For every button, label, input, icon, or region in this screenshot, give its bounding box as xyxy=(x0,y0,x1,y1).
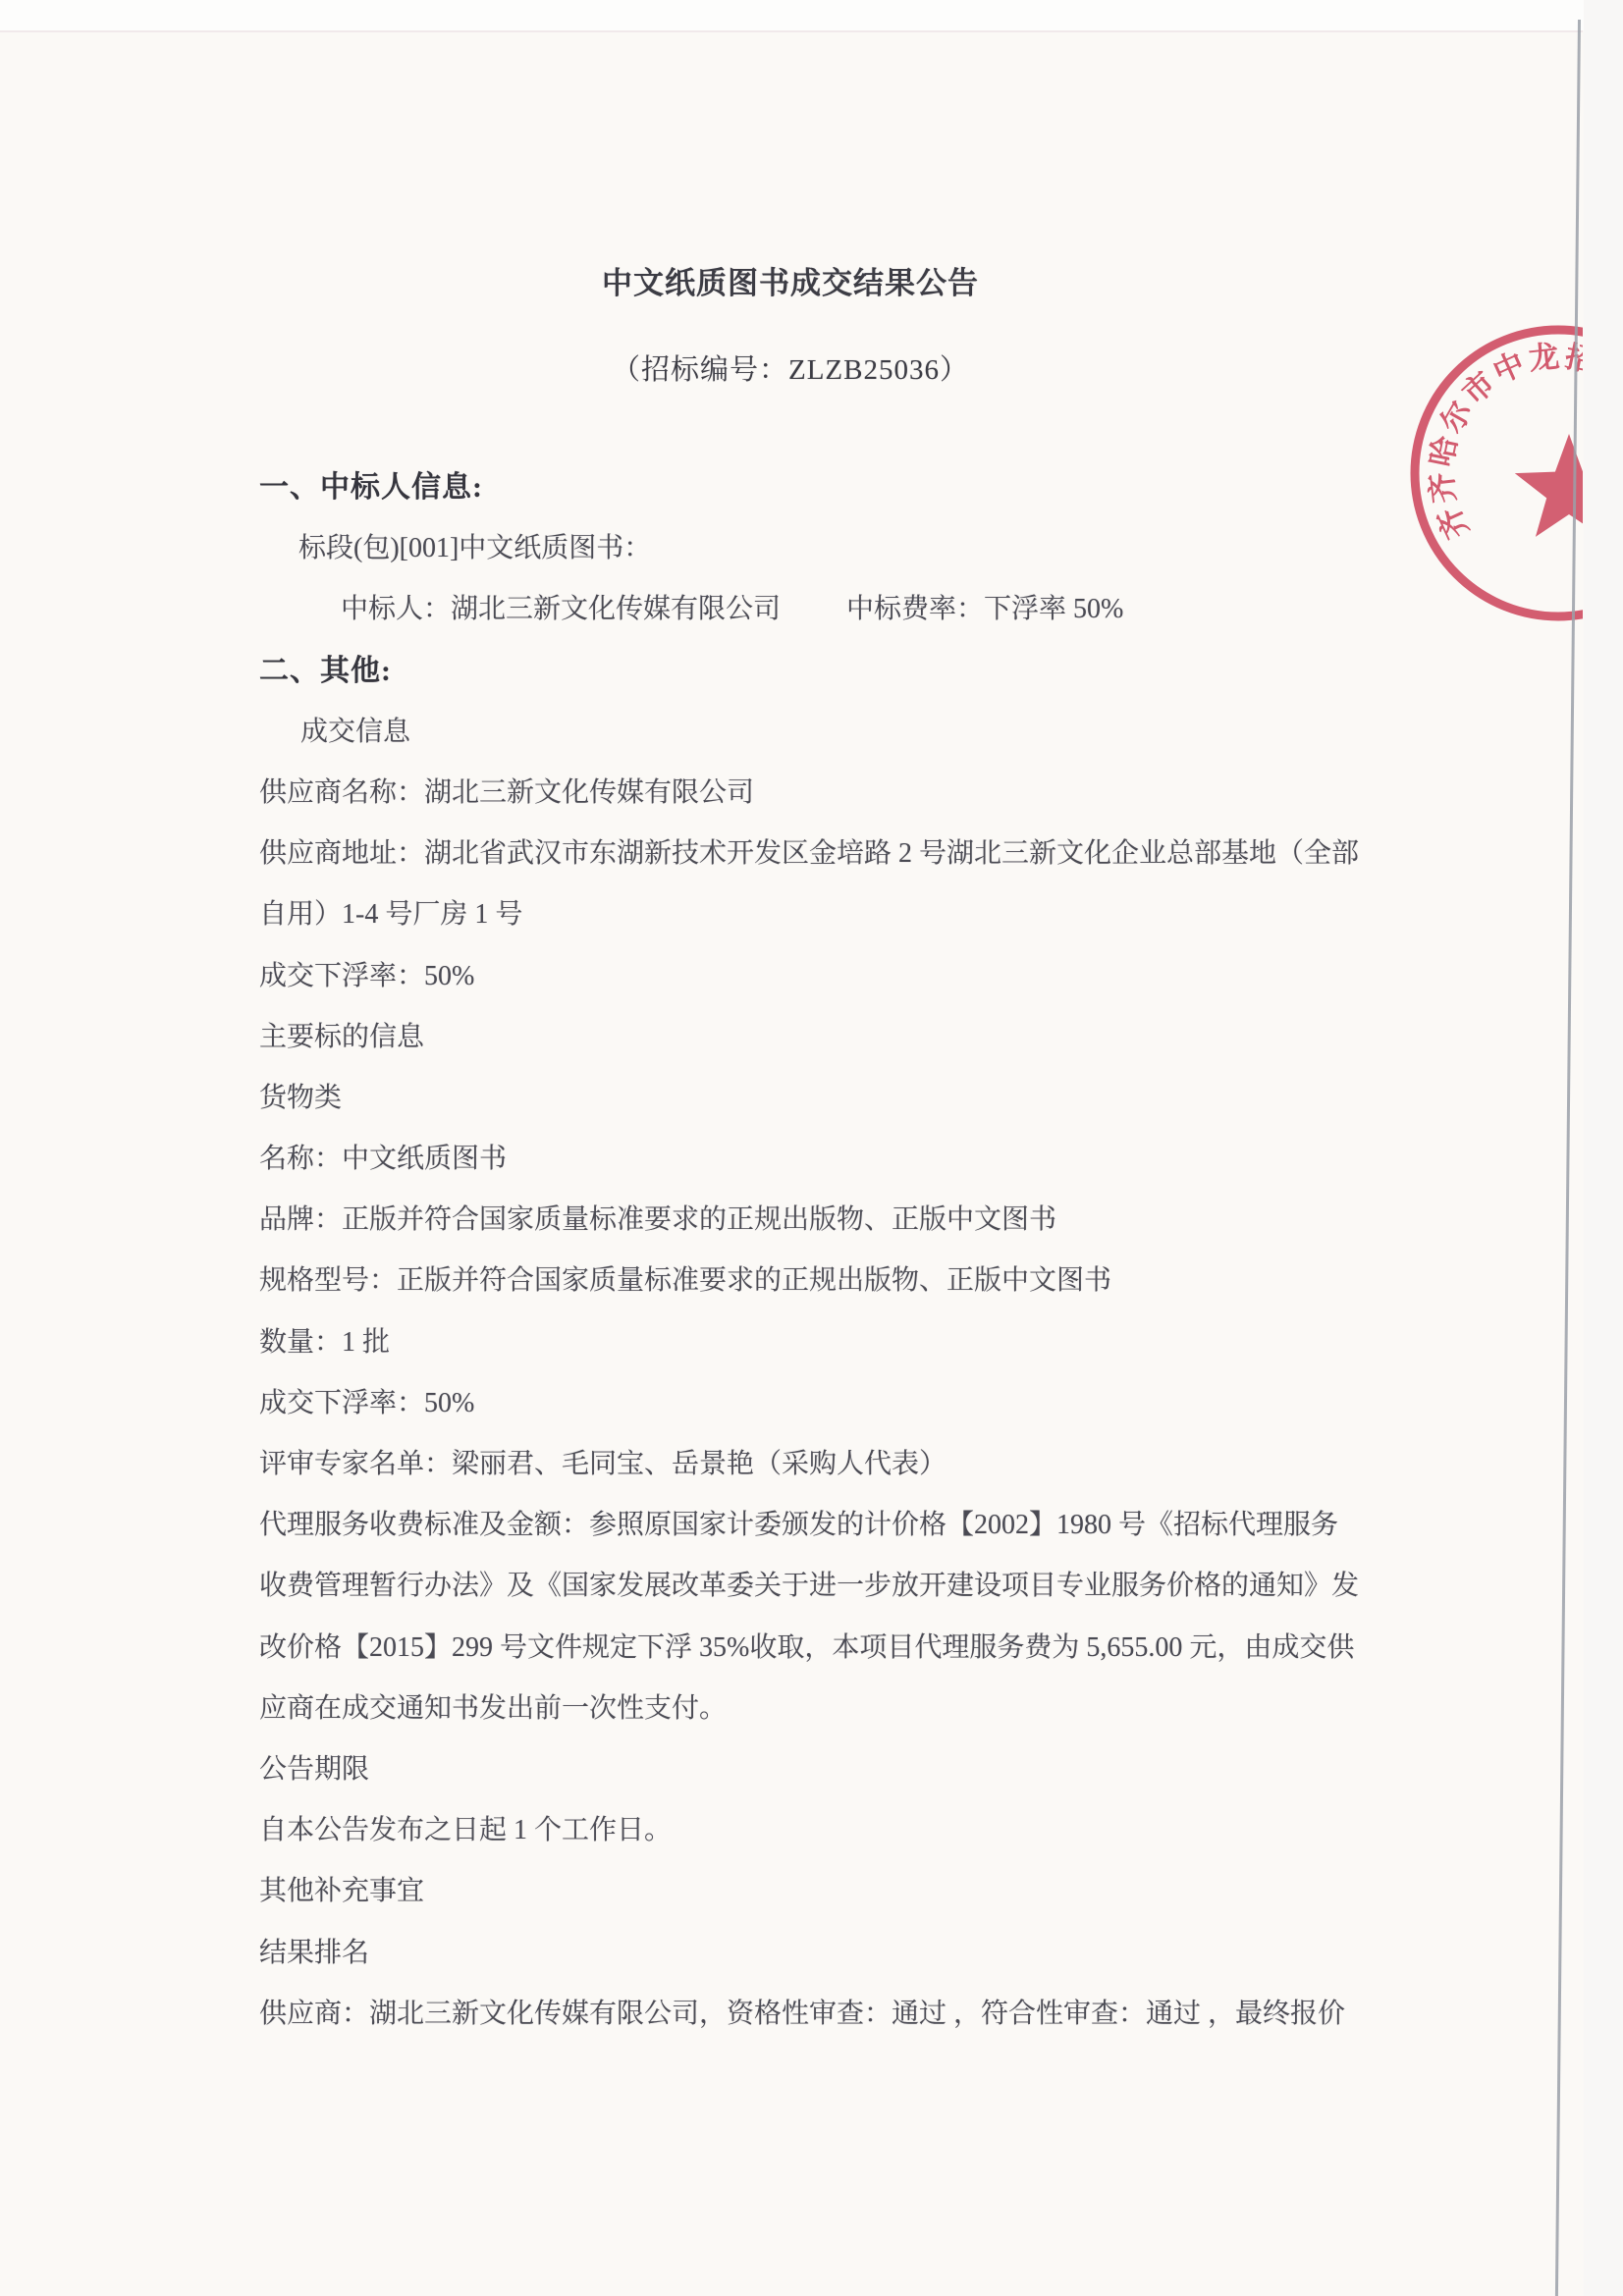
doc-line: 供应商：湖北三新文化传媒有限公司，资格性审查：通过 ，符合性审查：通过 ，最终报… xyxy=(259,1984,1418,2045)
winner-rate: 中标费率：下浮率 50% xyxy=(846,594,1123,624)
winner-name: 中标人：湖北三新文化传媒有限公司 xyxy=(341,594,781,624)
document-body: 一、中标人信息: 标段(包)[001]中文纸质图书： 中标人：湖北三新文化传媒有… xyxy=(259,457,1418,2045)
doc-line: 自本公告发布之日起 1 个工作日。 xyxy=(259,1800,1418,1861)
scan-margin-top xyxy=(0,0,1623,30)
winner-line: 中标人：湖北三新文化传媒有限公司中标费率：下浮率 50% xyxy=(259,579,1418,640)
doc-line: 代理服务收费标准及金额：参照原国家计委颁发的计价格【2002】1980 号《招标… xyxy=(259,1495,1418,1556)
doc-line: 收费管理暂行办法》及《国家发展改革委关于进一步放开建设项目专业服务价格的通知》发 xyxy=(259,1556,1418,1617)
document-header: 中文纸质图书成交结果公告 （招标编号：ZLZB25036） xyxy=(0,265,1581,388)
section-1-heading: 一、中标人信息: xyxy=(259,457,1418,518)
doc-line: 应商在成交通知书发出前一次性支付。 xyxy=(259,1679,1418,1739)
doc-line: 规格型号：正版并符合国家质量标准要求的正规出版物、正版中文图书 xyxy=(259,1251,1418,1311)
doc-line: 主要标的信息 xyxy=(259,1007,1418,1068)
scan-margin-right xyxy=(1584,0,1623,2296)
doc-line: 公告期限 xyxy=(259,1739,1418,1800)
page-top-edge-line xyxy=(0,30,1583,32)
doc-line: 自用）1-4 号厂房 1 号 xyxy=(259,884,1418,945)
doc-line: 数量：1 批 xyxy=(259,1312,1418,1373)
tender-number: （招标编号：ZLZB25036） xyxy=(0,347,1581,388)
doc-line: 结果排名 xyxy=(259,1923,1418,1984)
doc-line: 品牌：正版并符合国家质量标准要求的正规出版物、正版中文图书 xyxy=(259,1190,1418,1251)
lot-line: 标段(包)[001]中文纸质图书： xyxy=(259,518,1418,579)
doc-line: 评审专家名单：梁丽君、毛同宝、岳景艳（采购人代表） xyxy=(259,1434,1418,1495)
doc-line: 改价格【2015】299 号文件规定下浮 35%收取，本项目代理服务费为 5,6… xyxy=(259,1618,1418,1679)
doc-line: 货物类 xyxy=(259,1068,1418,1129)
doc-line: 供应商地址：湖北省武汉市东湖新技术开发区金培路 2 号湖北三新文化企业总部基地（… xyxy=(259,824,1418,884)
section-2-heading: 二、其他: xyxy=(259,641,1418,702)
doc-line: 供应商名称：湖北三新文化传媒有限公司 xyxy=(259,763,1418,824)
doc-line: 成交下浮率：50% xyxy=(259,946,1418,1007)
doc-line: 成交下浮率：50% xyxy=(259,1373,1418,1434)
doc-line: 名称：中文纸质图书 xyxy=(259,1129,1418,1190)
doc-line: 成交信息 xyxy=(259,702,1418,763)
doc-line: 其他补充事宜 xyxy=(259,1861,1418,1922)
scanned-document-page: 中文纸质图书成交结果公告 （招标编号：ZLZB25036） 一、中标人信息: 标… xyxy=(0,0,1623,2296)
page-title: 中文纸质图书成交结果公告 xyxy=(0,265,1581,301)
